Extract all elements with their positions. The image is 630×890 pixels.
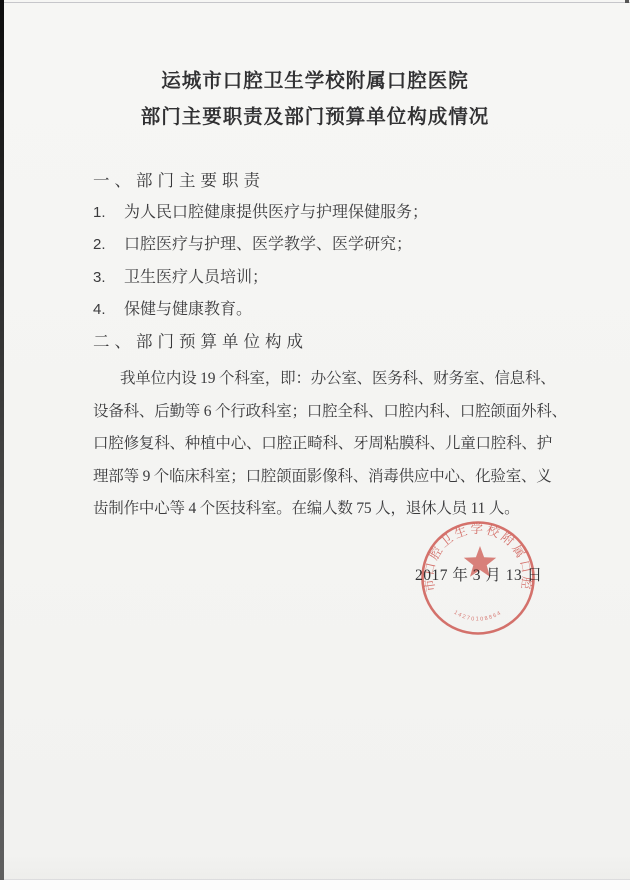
scan-left-edge-shadow: [0, 0, 4, 890]
document-title-line2: 部门主要职责及部门预算单位构成情况: [0, 106, 630, 128]
duty-item-4-number: 4.: [93, 301, 124, 318]
paragraph-line-1: 我单位内设 19 个科室，即：办公室、医务科、财务室、信息科、: [120, 370, 556, 388]
scan-top-edge-line: [4, 2, 630, 3]
scan-bottom-margin: [0, 880, 630, 890]
paragraph-line-5: 齿制作中心等 4 个医技科室。在编人数 75 人，退休人员 11 人。: [93, 500, 519, 518]
duty-item-2-text: 口腔医疗与护理、医学教学、医学研究；: [124, 236, 412, 253]
section-2-heading: 二、部门预算单位构成: [93, 333, 308, 352]
paragraph-line-2: 设备科、后勤等 6 个行政科室；口腔全科、口腔内科、口腔颌面外科、: [93, 403, 567, 421]
seal-serial-container: 14270108864: [453, 610, 504, 623]
scan-corner-mark: [625, 0, 629, 3]
section-1-heading: 一、部门主要职责: [93, 172, 265, 191]
seal-serial-number: 14270108864: [453, 610, 504, 623]
duty-item-4: 4.保健与健康教育。: [93, 301, 252, 319]
duty-item-4-text: 保健与健康教育。: [124, 301, 252, 318]
document-date: 2017 年 3 月 13 日: [415, 567, 543, 585]
paragraph-line-4: 理部等 9 个临床科室；口腔颌面影像科、消毒供应中心、化验室、义: [93, 468, 552, 486]
duty-item-1-text: 为人民口腔健康提供医疗与护理保健服务；: [124, 204, 428, 221]
duty-item-3-number: 3.: [93, 269, 124, 286]
paragraph-line-3: 口腔修复科、种植中心、口腔正畸科、牙周粘膜科、儿童口腔科、护: [93, 435, 552, 453]
duty-item-3-text: 卫生医疗人员培训；: [124, 269, 268, 286]
scanned-document-page: 运城市口腔卫生学校附属口腔医院 部门主要职责及部门预算单位构成情况 一、部门主要…: [0, 0, 630, 890]
document-title-line1: 运城市口腔卫生学校附属口腔医院: [0, 70, 630, 92]
duty-item-1: 1.为人民口腔健康提供医疗与护理保健服务；: [93, 204, 428, 222]
duty-item-1-number: 1.: [93, 204, 124, 221]
duty-item-2: 2.口腔医疗与护理、医学教学、医学研究；: [93, 236, 412, 254]
duty-item-3: 3.卫生医疗人员培训；: [93, 269, 268, 287]
duty-item-2-number: 2.: [93, 236, 124, 253]
